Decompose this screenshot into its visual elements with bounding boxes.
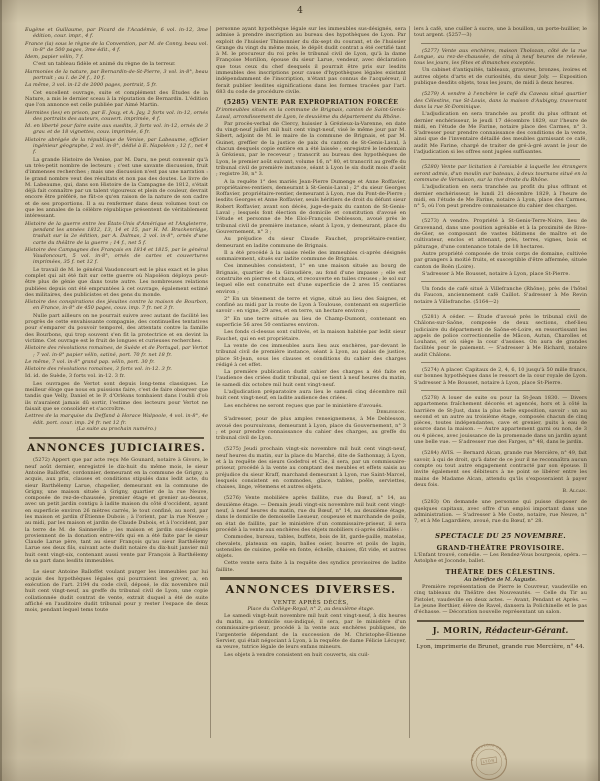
vente-apres-deces-paragraph: Le samedi vingt-huit novembre mil huit c… [216, 613, 406, 651]
page-number: 4 [0, 6, 600, 16]
item-separator [421, 281, 580, 282]
annonce-5280-body: L'adjudication en sera tranchée au profi… [414, 184, 587, 209]
vente-apres-deces-paragraph: Les objets à vendre consistent en huit c… [216, 652, 406, 658]
column-divider-left [210, 26, 211, 738]
item-separator [421, 390, 580, 391]
section-rule [29, 437, 205, 440]
book-review: Cet excellent ouvrage, suite et compléme… [25, 90, 208, 109]
annonce-5272: (5272) Appert que par acte reçu Me Gouna… [25, 457, 208, 564]
book-entry: France (la) sous le règne de la Conventi… [25, 41, 208, 54]
book-review: La grande Histoire de Venise, par M. Dar… [25, 157, 208, 220]
annonce-5284-signature: B. Alcan. [414, 488, 587, 494]
book-entry: Histoire des révolutions romaines, de Su… [25, 345, 208, 358]
theatre-celestins-heading: THÉÂTRE DES CÉLESTINS. [414, 568, 587, 576]
annonce-5277-body: Un cabinet d'antiquités, tableaux, gravu… [414, 67, 587, 86]
continuation-note: (La suite au prochain numéro.) [25, 426, 208, 433]
annonce-5284-avis: (5284) AVIS. — Bernard Alcan, grande rue… [414, 450, 587, 488]
section-rule [220, 577, 402, 580]
grand-theatre-program: L'Enfant trouvé, comédie. — Les Rendez-V… [414, 552, 587, 565]
annonce-5272-fin: personne ayant hypothèque légale sur les… [216, 26, 406, 95]
vente-apres-deces-place: Place du Collège-Royal, n° 2, au deuxièm… [216, 606, 406, 612]
annonce-5274: (5274) A placer. Capitaux de 2, 4, 6, 10… [414, 367, 587, 386]
scanned-newspaper-page: { "page_number": "4", "colors": { "paper… [0, 0, 600, 781]
book-entry: La même, 3 vol. in-12 de 2000 pages, por… [25, 82, 208, 88]
item-separator [421, 43, 580, 44]
footer-rule [417, 620, 583, 623]
editor-name: J. MORIN, [433, 625, 483, 635]
book-entry: Id. id. de Suède, 3 forts vol. in-12. 3 … [25, 373, 208, 379]
column-divider-right [409, 26, 410, 738]
annonce-5276-objets: Commodes, bureau, tables, buffets, bois … [216, 534, 406, 559]
middle-column: personne ayant hypothèque légale sur les… [216, 26, 406, 768]
book-review: Le travail de M. le général Vaudoncourt … [25, 267, 208, 298]
celestins-benefice-line: Au bénéfice de M. Auguste. [414, 577, 587, 583]
annonce-5279-head: (5279) A vendre à l'enchère le café du C… [414, 91, 587, 110]
annonce-cafe-villefranche: Un fonds de café situé à Villefranche (R… [414, 286, 587, 305]
footer-rule-thin [426, 639, 575, 640]
annonce-5273-p3: S'adresser à Me Bousset, notaire à Lyon,… [414, 271, 587, 277]
annonce-5275: (5275) Jeudi prochain vingt-six novembre… [216, 446, 406, 490]
vente-paragraph: 2° En un tènement de terre et vigne, sit… [216, 296, 406, 315]
item-separator [421, 309, 580, 310]
book-review: Nulle part ailleurs on ne pourrait suivr… [25, 313, 208, 344]
item-separator [421, 362, 580, 363]
annonce-5276: (5276) Vente mobilière après faillite, r… [216, 495, 406, 533]
vente-paragraph: L'adjudication préparatoire aura lieu le… [216, 389, 406, 402]
book-entry: Hermites (les) en prison, par E. Jouy, e… [25, 110, 208, 123]
book-entry: Le même, 7 vol. in-8° grand pap. vélin, … [25, 359, 208, 365]
annonce-5279-body: L'adjudication en sera tranchée au profi… [414, 111, 587, 155]
vente-paragraph: La première publication dudit cahier des… [216, 369, 406, 388]
vente-paragraph: La vente de ces immeubles aura lieu aux … [216, 343, 406, 368]
book-entry: Histoire abrégée de la république de Ven… [25, 137, 208, 156]
annonces-judiciaires-heading: ANNONCES JUDICIAIRES. [25, 442, 208, 454]
annonce-5277-head: (5277) Vente aux enchères, maison Tholoz… [414, 48, 587, 67]
vente-paragraph: A la requête 1° des mariés Jean-Pierre D… [216, 179, 406, 236]
grand-theatre-heading: GRAND-THÉÂTRE PROVISOIRE. [414, 544, 587, 552]
annonce-5273-p2: Autre propriété composée de trois corps … [414, 251, 587, 270]
book-entry: Histoire de la guerre entre les États-Un… [25, 221, 208, 246]
book-entry: Harmonies de la nature, par Bernardin-de… [25, 69, 208, 82]
right-column: lers à café, une cuiller à sucre, une à … [414, 26, 587, 768]
vente-expropriation-subtitle: D'immeubles situés en la commune de Brig… [216, 107, 406, 120]
item-separator [421, 159, 580, 160]
celestins-program: Première représentation de Pierre le Cou… [414, 584, 587, 615]
book-entry: Histoire des conspirations des jésuites … [25, 299, 208, 312]
left-column: Eugène et Guillaume, par Picard de l'Aca… [25, 26, 208, 768]
annonce-5278: (5278) A louer de suite ou pour la St-Je… [414, 395, 587, 445]
annonce-5280-head: (5280) Vente par licitation à l'amiable … [414, 164, 587, 183]
item-separator [421, 213, 580, 214]
vente-paragraph: Il a été procédé à la saisie réelle des … [216, 250, 406, 263]
vente-expropriation-heading: (5285) VENTE PAR EXPROPRIATION FORCÉE [216, 99, 406, 106]
editor-line: J. MORIN, Rédacteur-Gérant. [414, 625, 587, 635]
vente-paragraph: Les enchères ne seront reçues que par le… [216, 403, 406, 409]
annonce-5281: (5281) A céder. — Étude d'avoué près le … [414, 314, 587, 358]
book-review: C'est un tableau fidèle et animé du règn… [25, 61, 208, 67]
vente-apres-deces-fin: lers à café, une cuiller à sucre, une à … [414, 26, 587, 39]
annonce-5276-fin: Cette vente sera faite à la requête des … [216, 560, 406, 573]
annonce-5283: (5283) On demande une personne qui puiss… [414, 499, 587, 524]
annonces-diverses-heading: ANNONCES DIVERSES. [216, 583, 406, 596]
book-entry: Eugène et Guillaume, par Picard de l'Aca… [25, 27, 208, 40]
vente-paragraph: 3° En une terre située au lieu de Champ-… [216, 316, 406, 329]
vente-signature: Deblesson. [216, 409, 406, 415]
book-entry: Idem, papier vélin, 7 f. [25, 54, 208, 60]
annonce-5272-suite: Le sieur Antoine Balloffet voulant purge… [25, 569, 208, 613]
page-left-edge [0, 0, 2, 781]
vente-paragraph: Ces immeubles consistent, 1° en une mais… [216, 263, 406, 294]
vente-paragraph: S'adresser, pour de plus amples renseign… [216, 416, 406, 441]
editor-title: Rédacteur-Gérant. [485, 625, 568, 635]
book-entry: Histoire des révolutions romaines, 3 for… [25, 366, 208, 372]
book-review: Les ouvrages de Vertot sont depuis long-… [25, 381, 208, 412]
annonce-5273-p1: (5273) A vendre. Propriété à St-Genis-Te… [414, 218, 587, 249]
vente-paragraph: Par procès-verbal de Clercy, huissier à … [216, 121, 406, 178]
book-entry: Id. en liberté pour faire suite aux susd… [25, 123, 208, 136]
vente-paragraph: Les fonds ci-dessus sont cultivés, et la… [216, 329, 406, 342]
book-entry: Lettres de la marquise du Deffand à Hora… [25, 413, 208, 426]
book-entry: Histoire des Campagnes des Français en 1… [25, 247, 208, 266]
spectacle-heading: SPECTACLE DU 25 NOVEMBRE. [414, 532, 587, 540]
printer-imprint: Lyon, imprimerie de Brunet, grande rue M… [414, 644, 587, 650]
vente-paragraph: Au préjudice du sieur Claude Fauchet, pr… [216, 236, 406, 249]
